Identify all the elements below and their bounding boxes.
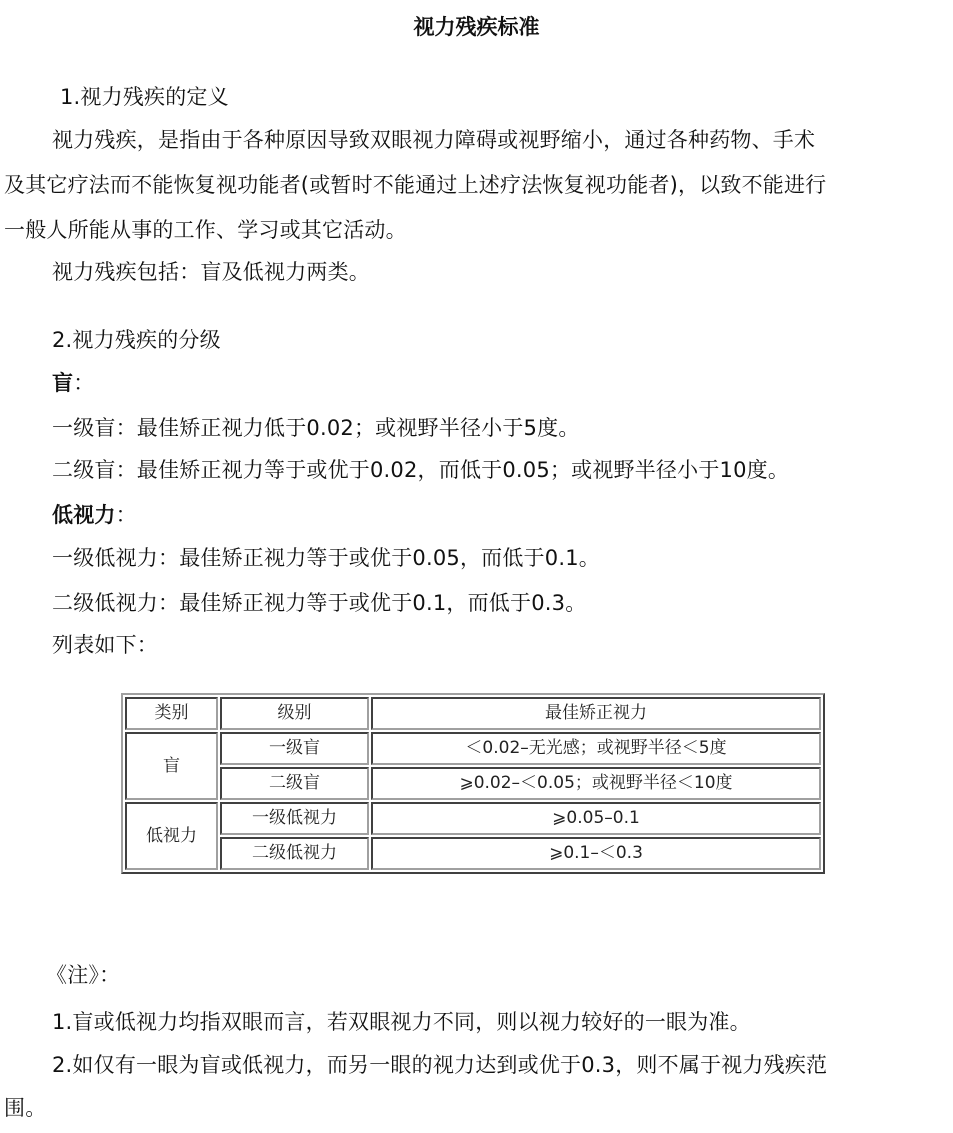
blind-grade-2: 二级盲：最佳矫正视力等于或优于0.02，而低于0.05；或视野半径小于10度。 (52, 455, 789, 485)
blind-grade-1: 一级盲：最佳矫正视力低于0.02；或视野半径小于5度。 (52, 413, 580, 443)
table-row: 二级盲 ⩾0.02–＜0.05；或视野半径＜10度 (125, 767, 821, 800)
includes-text: 视力残疾包括：盲及低视力两类。 (52, 257, 370, 287)
table-header-row: 类别 级别 最佳矫正视力 (125, 697, 821, 730)
blind-label-colon: ： (73, 371, 94, 395)
low-vision-label: 低视力： (52, 500, 137, 530)
header-level: 级别 (220, 697, 369, 730)
table-intro: 列表如下： (52, 630, 158, 660)
vision-cell: ＜0.02–无光感；或视野半径＜5度 (371, 732, 821, 765)
paragraph-line: 一般人所能从事的工作、学习或其它活动。 (4, 215, 407, 245)
note-item-1: 1.盲或低视力均指双眼而言，若双眼视力不同，则以视力较好的一眼为准。 (52, 1007, 751, 1037)
low-vision-grade-2: 二级低视力：最佳矫正视力等于或优于0.1，而低于0.3。 (52, 588, 586, 618)
header-vision: 最佳矫正视力 (371, 697, 821, 730)
section1-heading: 1.视力残疾的定义 (60, 82, 229, 112)
table-row: 盲 一级盲 ＜0.02–无光感；或视野半径＜5度 (125, 732, 821, 765)
level-cell: 二级盲 (220, 767, 369, 800)
blind-label: 盲： (52, 368, 94, 398)
grade-table: 类别 级别 最佳矫正视力 盲 一级盲 ＜0.02–无光感；或视野半径＜5度 二级… (121, 693, 825, 874)
paragraph-line: 及其它疗法而不能恢复视功能者(或暂时不能通过上述疗法恢复视功能者)，以致不能进行 (4, 170, 826, 200)
blind-label-text: 盲 (52, 371, 73, 395)
level-cell: 一级低视力 (220, 802, 369, 835)
header-category: 类别 (125, 697, 218, 730)
category-cell-blind: 盲 (125, 732, 218, 800)
low-vision-label-colon: ： (116, 503, 137, 527)
section2-heading: 2.视力残疾的分级 (52, 325, 221, 355)
grade-table-container: 类别 级别 最佳矫正视力 盲 一级盲 ＜0.02–无光感；或视野半径＜5度 二级… (121, 693, 825, 874)
table-row: 低视力 一级低视力 ⩾0.05–0.1 (125, 802, 821, 835)
level-cell: 一级盲 (220, 732, 369, 765)
vision-cell: ⩾0.05–0.1 (371, 802, 821, 835)
low-vision-label-text: 低视力 (52, 503, 116, 527)
paragraph-line: 视力残疾，是指由于各种原因导致双眼视力障碍或视野缩小，通过各种药物、手术 (52, 125, 815, 155)
notes-label: 《注》： (46, 960, 120, 990)
vision-cell: ⩾0.02–＜0.05；或视野半径＜10度 (371, 767, 821, 800)
vision-cell: ⩾0.1–＜0.3 (371, 837, 821, 870)
note-item-2-wrap: 围。 (4, 1093, 46, 1123)
category-cell-low-vision: 低视力 (125, 802, 218, 870)
level-cell: 二级低视力 (220, 837, 369, 870)
note-item-2: 2.如仅有一眼为盲或低视力，而另一眼的视力达到或优于0.3，则不属于视力残疾范 (52, 1050, 827, 1080)
table-row: 二级低视力 ⩾0.1–＜0.3 (125, 837, 821, 870)
low-vision-grade-1: 一级低视力：最佳矫正视力等于或优于0.05，而低于0.1。 (52, 543, 600, 573)
page-title: 视力残疾标准 (0, 12, 953, 42)
